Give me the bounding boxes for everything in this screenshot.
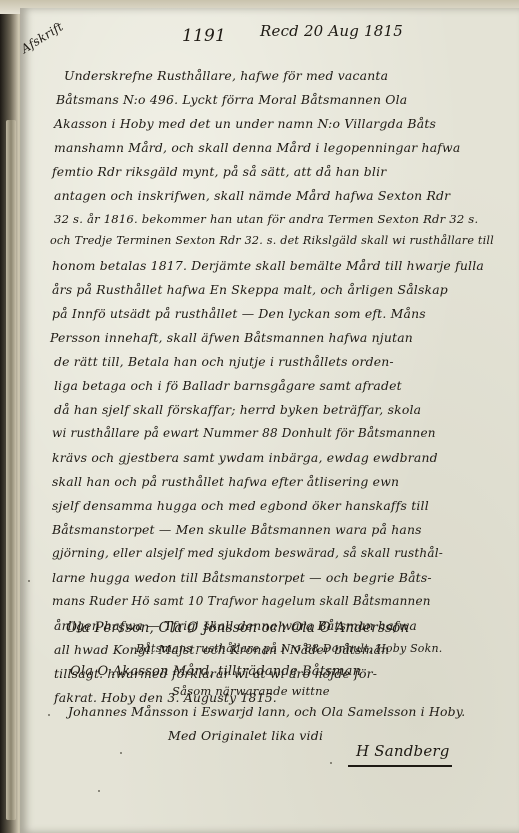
ink-speck: [98, 790, 100, 792]
text-line: honom betalas 1817. Derjämte skall bemäl…: [52, 258, 484, 273]
text-line: Båtsmanstorpet — Men skulle Båtsmannen w…: [52, 522, 422, 537]
text-line: sjelf densamma hugga och med egbond öker…: [52, 498, 429, 513]
received-note: Recd 20 Aug 1815: [260, 22, 403, 40]
certification-line: Med Originalet lika vidi: [168, 728, 323, 743]
witnesses-line: Johannes Månsson i Eswarjd lann, och Ola…: [68, 704, 465, 719]
signatories-role: Båtsmans rusthållare på N:o 88 Donhult, …: [136, 642, 442, 655]
text-line: skall han och på rusthållet hafwa efter …: [52, 474, 399, 489]
text-line: mans Ruder Hö samt 10 Trafwor hagelum sk…: [52, 594, 431, 608]
text-line: Underskrefne Rusthållare, hafwe för med …: [64, 68, 388, 83]
text-line: 32 s. år 1816. bekommer han utan för and…: [54, 212, 478, 226]
ink-speck: [120, 752, 122, 754]
signature-underline: [348, 765, 452, 767]
ink-speck: [28, 580, 30, 582]
margin-note: Afskrift: [19, 19, 66, 56]
ink-speck: [330, 762, 332, 764]
text-line: Persson innehaft, skall äfwen Båtsmannen…: [50, 330, 413, 345]
text-line: Båtsmans N:o 496. Lyckt förra Moral Båts…: [56, 92, 407, 107]
text-line: antagen och inskrifwen, skall nämde Mård…: [54, 188, 450, 203]
document-number: 1191: [182, 26, 226, 46]
text-line: manshamn Mård, och skall denna Mård i le…: [54, 140, 460, 155]
signature: H Sandberg: [356, 742, 450, 760]
text-line: på Innfö utsädt på rusthållet — Den lyck…: [52, 306, 426, 321]
text-line: de rätt till, Betala han och njutje i ru…: [54, 354, 394, 369]
binding-strip: [6, 120, 16, 820]
recruit-line: Ola O Akasson Mård, tillträdande Båtsman: [70, 664, 361, 679]
text-line: års på Rusthållet hafwa En Skeppa malt, …: [52, 282, 448, 297]
text-line: då han sjelf skall förskaffar; herrd byk…: [54, 402, 421, 417]
witness-heading: Såsom närwarande wittne: [172, 684, 330, 698]
signatories-line: Ola Persson, Ola O Jönsson och Ola O And…: [66, 620, 409, 636]
text-line: Akasson i Hoby med det un under namn N:o…: [54, 116, 436, 131]
text-line: och Tredje Terminen Sexton Rdr 32. s. de…: [50, 234, 494, 247]
text-line: larne hugga wedon till Båtsmanstorpet — …: [52, 570, 432, 585]
ink-speck: [48, 714, 50, 716]
text-line: gjörning, eller alsjelf med sjukdom besw…: [52, 546, 443, 560]
text-line: wi rusthållare på ewart Nummer 88 Donhul…: [52, 426, 436, 440]
text-line: liga betaga och i fö Balladr barnsgågare…: [54, 378, 402, 393]
text-line: krävs och gjestbera samt ywdam inbärga, …: [52, 450, 438, 465]
text-line: femtio Rdr riksgäld mynt, på så sätt, at…: [52, 164, 386, 179]
